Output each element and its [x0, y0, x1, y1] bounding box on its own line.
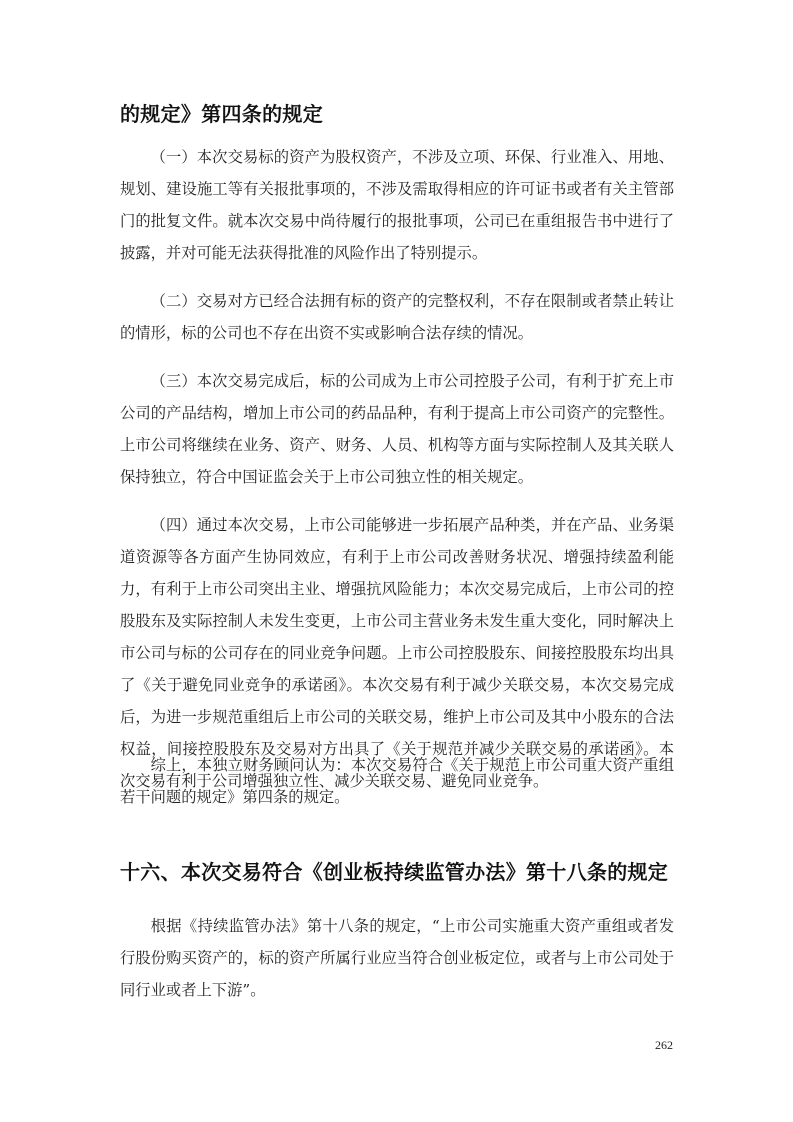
page-number: 262 — [655, 1038, 673, 1053]
paragraph-section16: 根据《持续监管办法》第十八条的规定，“上市公司实施重大资产重组或者发行股份购买资… — [120, 910, 674, 1006]
paragraph-conclusion: 综上，本独立财务顾问认为：本次交易符合《关于规范上市公司重大资产重组若干问题的规… — [120, 749, 674, 813]
section-heading-16: 十六、本次交易符合《创业板持续监管办法》第十八条的规定 — [120, 858, 680, 886]
section-heading-continued: 的规定》第四条的规定 — [120, 100, 680, 128]
paragraph-item-1: （一）本次交易标的资产为股权资产，不涉及立项、环保、行业准入、用地、规划、建设施… — [120, 141, 674, 269]
paragraph-item-3: （三）本次交易完成后，标的公司成为上市公司控股子公司，有利于扩充上市公司的产品结… — [120, 365, 674, 493]
paragraph-item-2: （二）交易对方已经合法拥有标的资产的完整权利，不存在限制或者禁止转让的情形，标的… — [120, 285, 674, 349]
document-page: 的规定》第四条的规定 （一）本次交易标的资产为股权资产，不涉及立项、环保、行业准… — [0, 0, 793, 1122]
